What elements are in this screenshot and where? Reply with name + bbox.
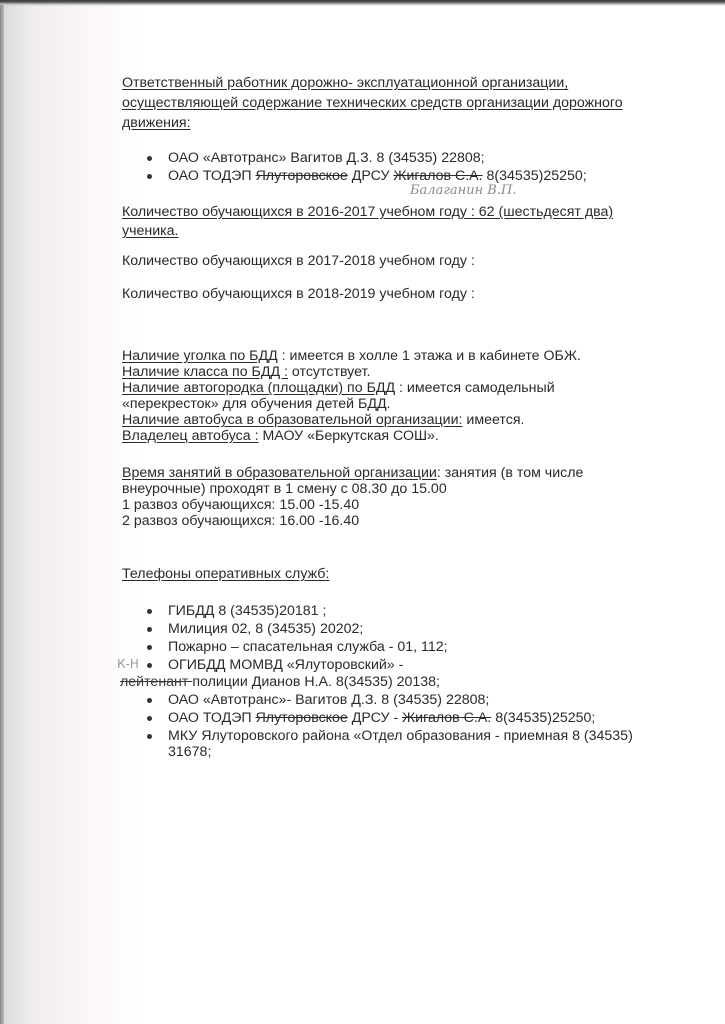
struck-text: Ялуторовское — [256, 710, 348, 726]
struck-text: Ялуторовское — [256, 168, 348, 184]
struck-text: Жигалов С.А. — [402, 710, 491, 726]
document-page: Ответственный работник дорожно- эксплуат… — [0, 0, 725, 1024]
facility-bdd-corner: Наличие уголка по БДД : имеется в холле … — [122, 348, 581, 364]
facility-autotown-cont: «перекресток» для обучения детей БДД. — [122, 396, 391, 412]
list-item: Пожарно – спасательная служба - 01, 112; — [122, 639, 448, 657]
responsible-list: ОАО «Автотранс» Вагитов Д.З. 8 (34535) 2… — [122, 150, 587, 186]
phones-heading: Телефоны оперативных служб: — [122, 566, 329, 582]
list-item: ОГИБДД МОМВД «Ялуторовский» - — [122, 657, 448, 675]
facility-bus: Наличие автобуса в образовательной орган… — [122, 412, 524, 428]
facility-bus-owner: Владелец автобуса : МАОУ «Беркутская СОШ… — [122, 428, 439, 444]
phones-list: ГИБДД 8 (34535)20181 ; Милиция 02, 8 (34… — [122, 603, 448, 675]
schedule-line-2: внеурочные) проходят в 1 смену с 08.30 д… — [122, 481, 447, 497]
list-item: МКУ Ялуторовского района «Отдел образова… — [122, 728, 633, 760]
students-2017-label: Количество обучающихся в 2017-2018 учебн… — [122, 253, 475, 269]
handwritten-note: Балаганин В.П. — [410, 183, 516, 199]
list-item: ОАО «Автотранс»- Вагитов Д.З. 8 (34535) … — [122, 692, 633, 710]
margin-note: К-Н — [117, 656, 139, 672]
responsible-heading-line-1: Ответственный работник дорожно- эксплуат… — [122, 75, 568, 91]
responsible-heading-line-3: движения: — [122, 115, 191, 131]
list-item: ОАО «Автотранс» Вагитов Д.З. 8 (34535) 2… — [122, 150, 587, 168]
list-item: Милиция 02, 8 (34535) 20202; — [122, 621, 448, 639]
phones-list-2: ОАО «Автотранс»- Вагитов Д.З. 8 (34535) … — [122, 692, 633, 760]
schedule-line-1: Время занятий в образовательной организа… — [122, 465, 583, 481]
students-2018-label: Количество обучающихся в 2018-2019 учебн… — [122, 286, 475, 302]
struck-text: Жигалов С.А. — [393, 168, 482, 184]
phones-item-continuation: лейтенант полиции Дианов Н.А. 8(34535) 2… — [120, 674, 440, 690]
struck-text: лейтенант — [120, 674, 192, 690]
facility-bdd-class: Наличие класса по БДД : отсутствует. — [122, 364, 370, 380]
list-item: ОАО ТОДЭП Ялуторовское ДРСУ Жигалов С.А.… — [122, 168, 587, 186]
list-item: ОАО ТОДЭП Ялуторовское ДРСУ - Жигалов С.… — [122, 710, 633, 728]
schedule-line-4: 2 развоз обучающихся: 16.00 -16.40 — [122, 513, 359, 529]
responsible-heading-line-2: осуществляющей содержание технических ср… — [122, 95, 623, 111]
facility-autotown: Наличие автогородка (площадки) по БДД : … — [122, 380, 555, 396]
students-2016-cont: ученика. — [122, 223, 179, 239]
students-2016-label: Количество обучающихся в 2016-2017 учебн… — [122, 204, 613, 220]
list-item: ГИБДД 8 (34535)20181 ; — [122, 603, 448, 621]
schedule-line-3: 1 развоз обучающихся: 15.00 -15.40 — [122, 497, 359, 513]
